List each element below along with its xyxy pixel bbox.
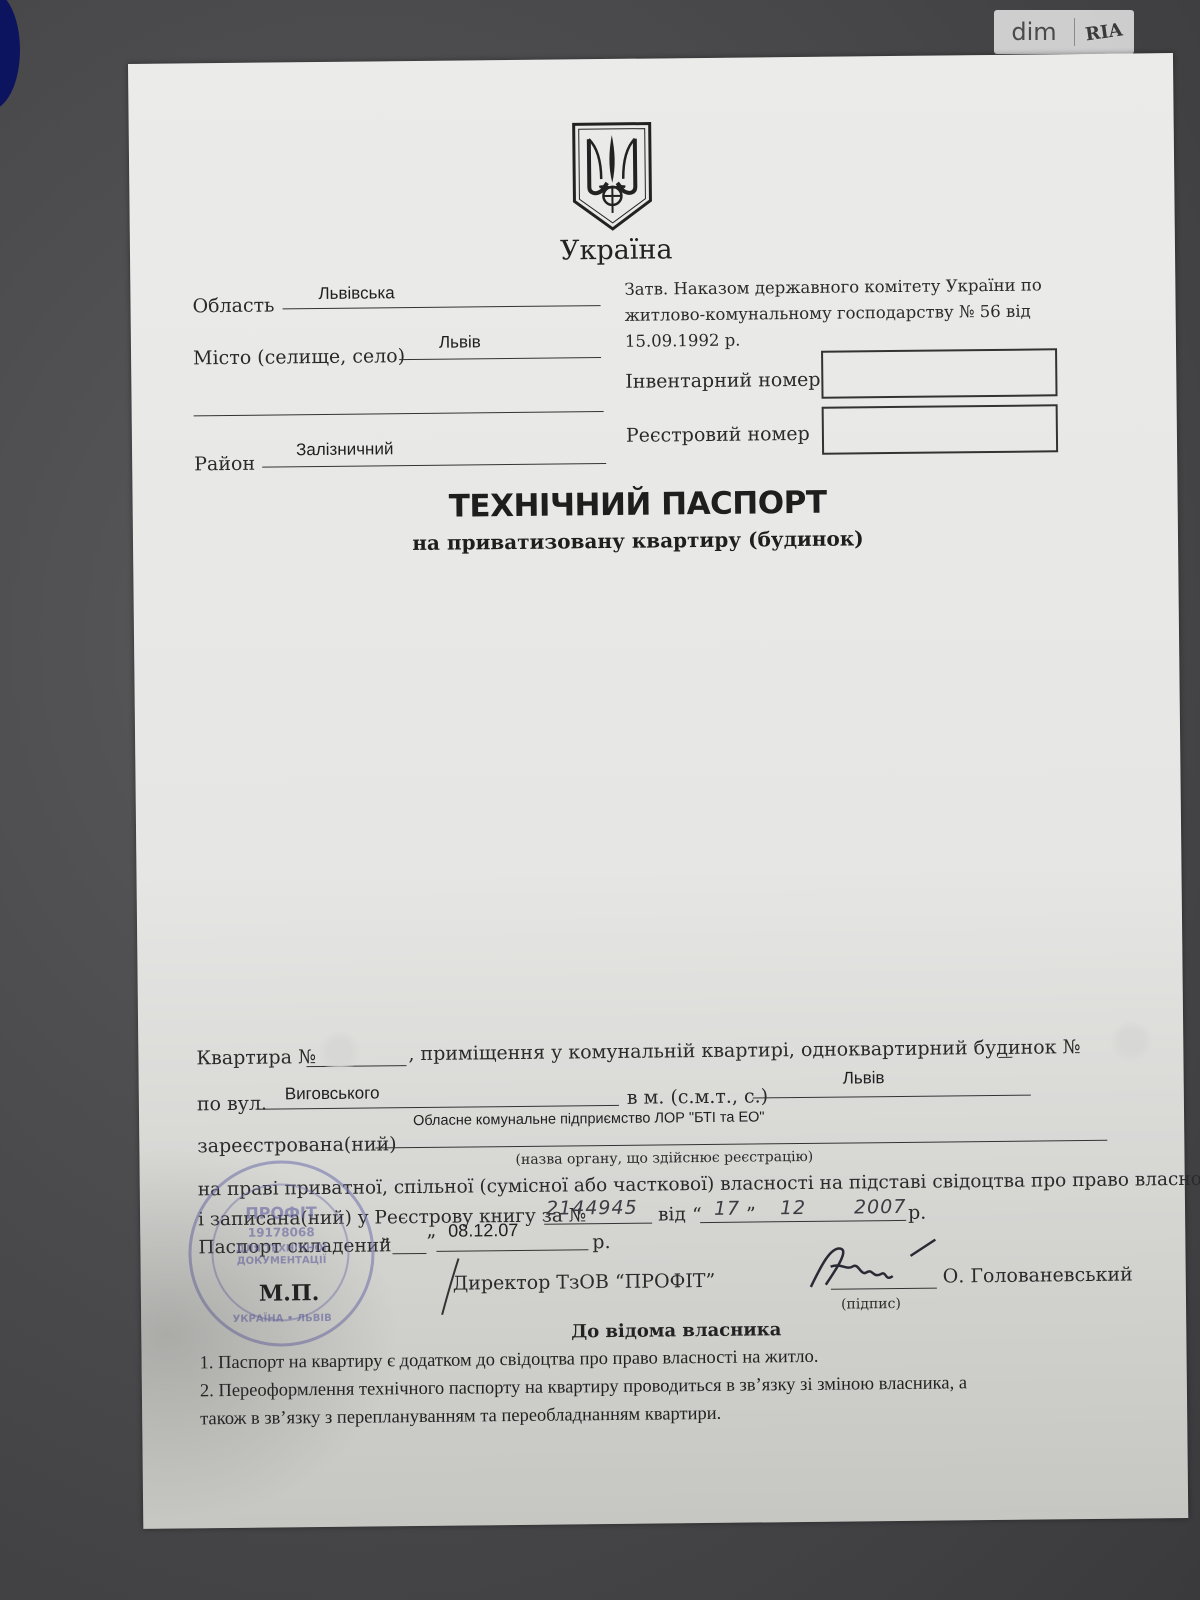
stamp-code: 19178068 <box>191 1225 371 1241</box>
director-position: Директор ТзОВ “ПРОФІТ” <box>453 1270 716 1295</box>
district-field: Залізничний <box>296 439 394 460</box>
district-label: Район <box>194 453 255 476</box>
blue-object <box>0 0 20 110</box>
inventory-number-box <box>821 348 1057 398</box>
country-name: Україна <box>560 234 670 266</box>
apartment-label: Квартира № <box>196 1046 316 1069</box>
technical-passport-document: Україна Область Львівська Місто (селище,… <box>128 53 1188 1529</box>
district-underline <box>262 463 606 468</box>
city-label: Місто (селище, село) <box>193 345 405 369</box>
from-year-field: 2007 <box>854 1196 907 1219</box>
street-underline <box>257 1105 619 1110</box>
city-field: Львів <box>439 332 481 352</box>
signature-hint: (підпис) <box>841 1296 901 1313</box>
stamp-middle-text: ДЛЯ ТЕХНІЧНОЇ ДОКУМЕНТАЦІЇ <box>231 1243 331 1268</box>
stamp-bottom-text: УКРАЇНА • ЛЬВІВ <box>192 1313 372 1326</box>
approval-line-2: житлово-комунальному господарству № 56 в… <box>625 298 1045 328</box>
from-year-suffix: р. <box>908 1202 926 1224</box>
owner-notice-item-2: 2. Переоформлення технічного паспорту на… <box>200 1373 967 1402</box>
from-day-field: 17 <box>714 1198 740 1220</box>
book-number-field: 2144945 <box>546 1197 638 1220</box>
registry-number-box <box>822 404 1058 454</box>
dimria-watermark: dim RIA <box>994 10 1134 54</box>
region-underline <box>283 305 601 309</box>
city-underline <box>399 357 601 360</box>
town-underline <box>753 1095 1031 1099</box>
from-month-field: 12 <box>780 1197 806 1219</box>
document-title: ТЕХНІЧНИЙ ПАСПОРТ <box>332 483 942 525</box>
house-underline <box>998 1057 1012 1058</box>
from-date-underline <box>700 1220 906 1223</box>
apartment-underline <box>307 1065 407 1067</box>
apartment-rest-text: , приміщення у комунальній квартирі, одн… <box>408 1036 1080 1065</box>
registry-number-label: Реєстровий номер <box>626 423 810 447</box>
stamp-company: ПРОФІТ <box>191 1203 371 1224</box>
document-subtitle: на приватизовану квартиру (будинок) <box>333 525 943 555</box>
passport-day-close-quote: ” <box>426 1231 436 1253</box>
approval-note: Затв. Наказом державного комітету Україн… <box>624 272 1045 354</box>
official-stamp: ПРОФІТ 19178068 ДЛЯ ТЕХНІЧНОЇ ДОКУМЕНТАЦ… <box>187 1159 375 1347</box>
registered-underline <box>375 1140 1107 1149</box>
passport-day-underline <box>392 1253 426 1254</box>
town-field: Львів <box>843 1068 885 1088</box>
redacted-apartment-number <box>318 1032 360 1072</box>
passport-day-open-quote: “ <box>380 1235 390 1257</box>
registered-label: зареєстрована(ний) <box>197 1133 397 1157</box>
blank-underline <box>194 411 604 416</box>
redacted-house-number <box>1110 1021 1152 1061</box>
inventory-number-label: Інвентарний номер <box>625 369 820 393</box>
region-label: Область <box>192 294 274 317</box>
region-field: Львівська <box>318 283 395 304</box>
owner-notice-title: До відома власника <box>441 1318 911 1344</box>
registered-hint: (назва органу, що здійснює реєстрацію) <box>515 1149 813 1168</box>
owner-notice-item-1: 1. Паспорт на квартиру є додатком до сві… <box>200 1347 819 1374</box>
passport-date-suffix: р. <box>592 1231 610 1253</box>
watermark-dim: dim <box>994 18 1075 46</box>
book-underline <box>544 1223 652 1225</box>
passport-date-underline <box>436 1249 588 1252</box>
from-label: від <box>658 1204 686 1225</box>
seal-place-label: М.П. <box>259 1280 320 1307</box>
watermark-ria: RIA <box>1074 18 1134 47</box>
registered-field: Обласне комунальне підприємство ЛОР "БТІ… <box>413 1109 765 1129</box>
street-field: Виговського <box>285 1083 380 1104</box>
signer-name: О. Голованевський <box>943 1264 1133 1288</box>
street-label: по вул. <box>197 1093 267 1116</box>
town-label: в м. (с.м.т., с.) <box>627 1085 768 1108</box>
owner-notice-item-3: також в зв’язку з переплануванням та пер… <box>200 1404 721 1430</box>
trident-coat-of-arms-icon <box>571 121 654 234</box>
passport-date-field: 08.12.07 <box>448 1220 518 1242</box>
